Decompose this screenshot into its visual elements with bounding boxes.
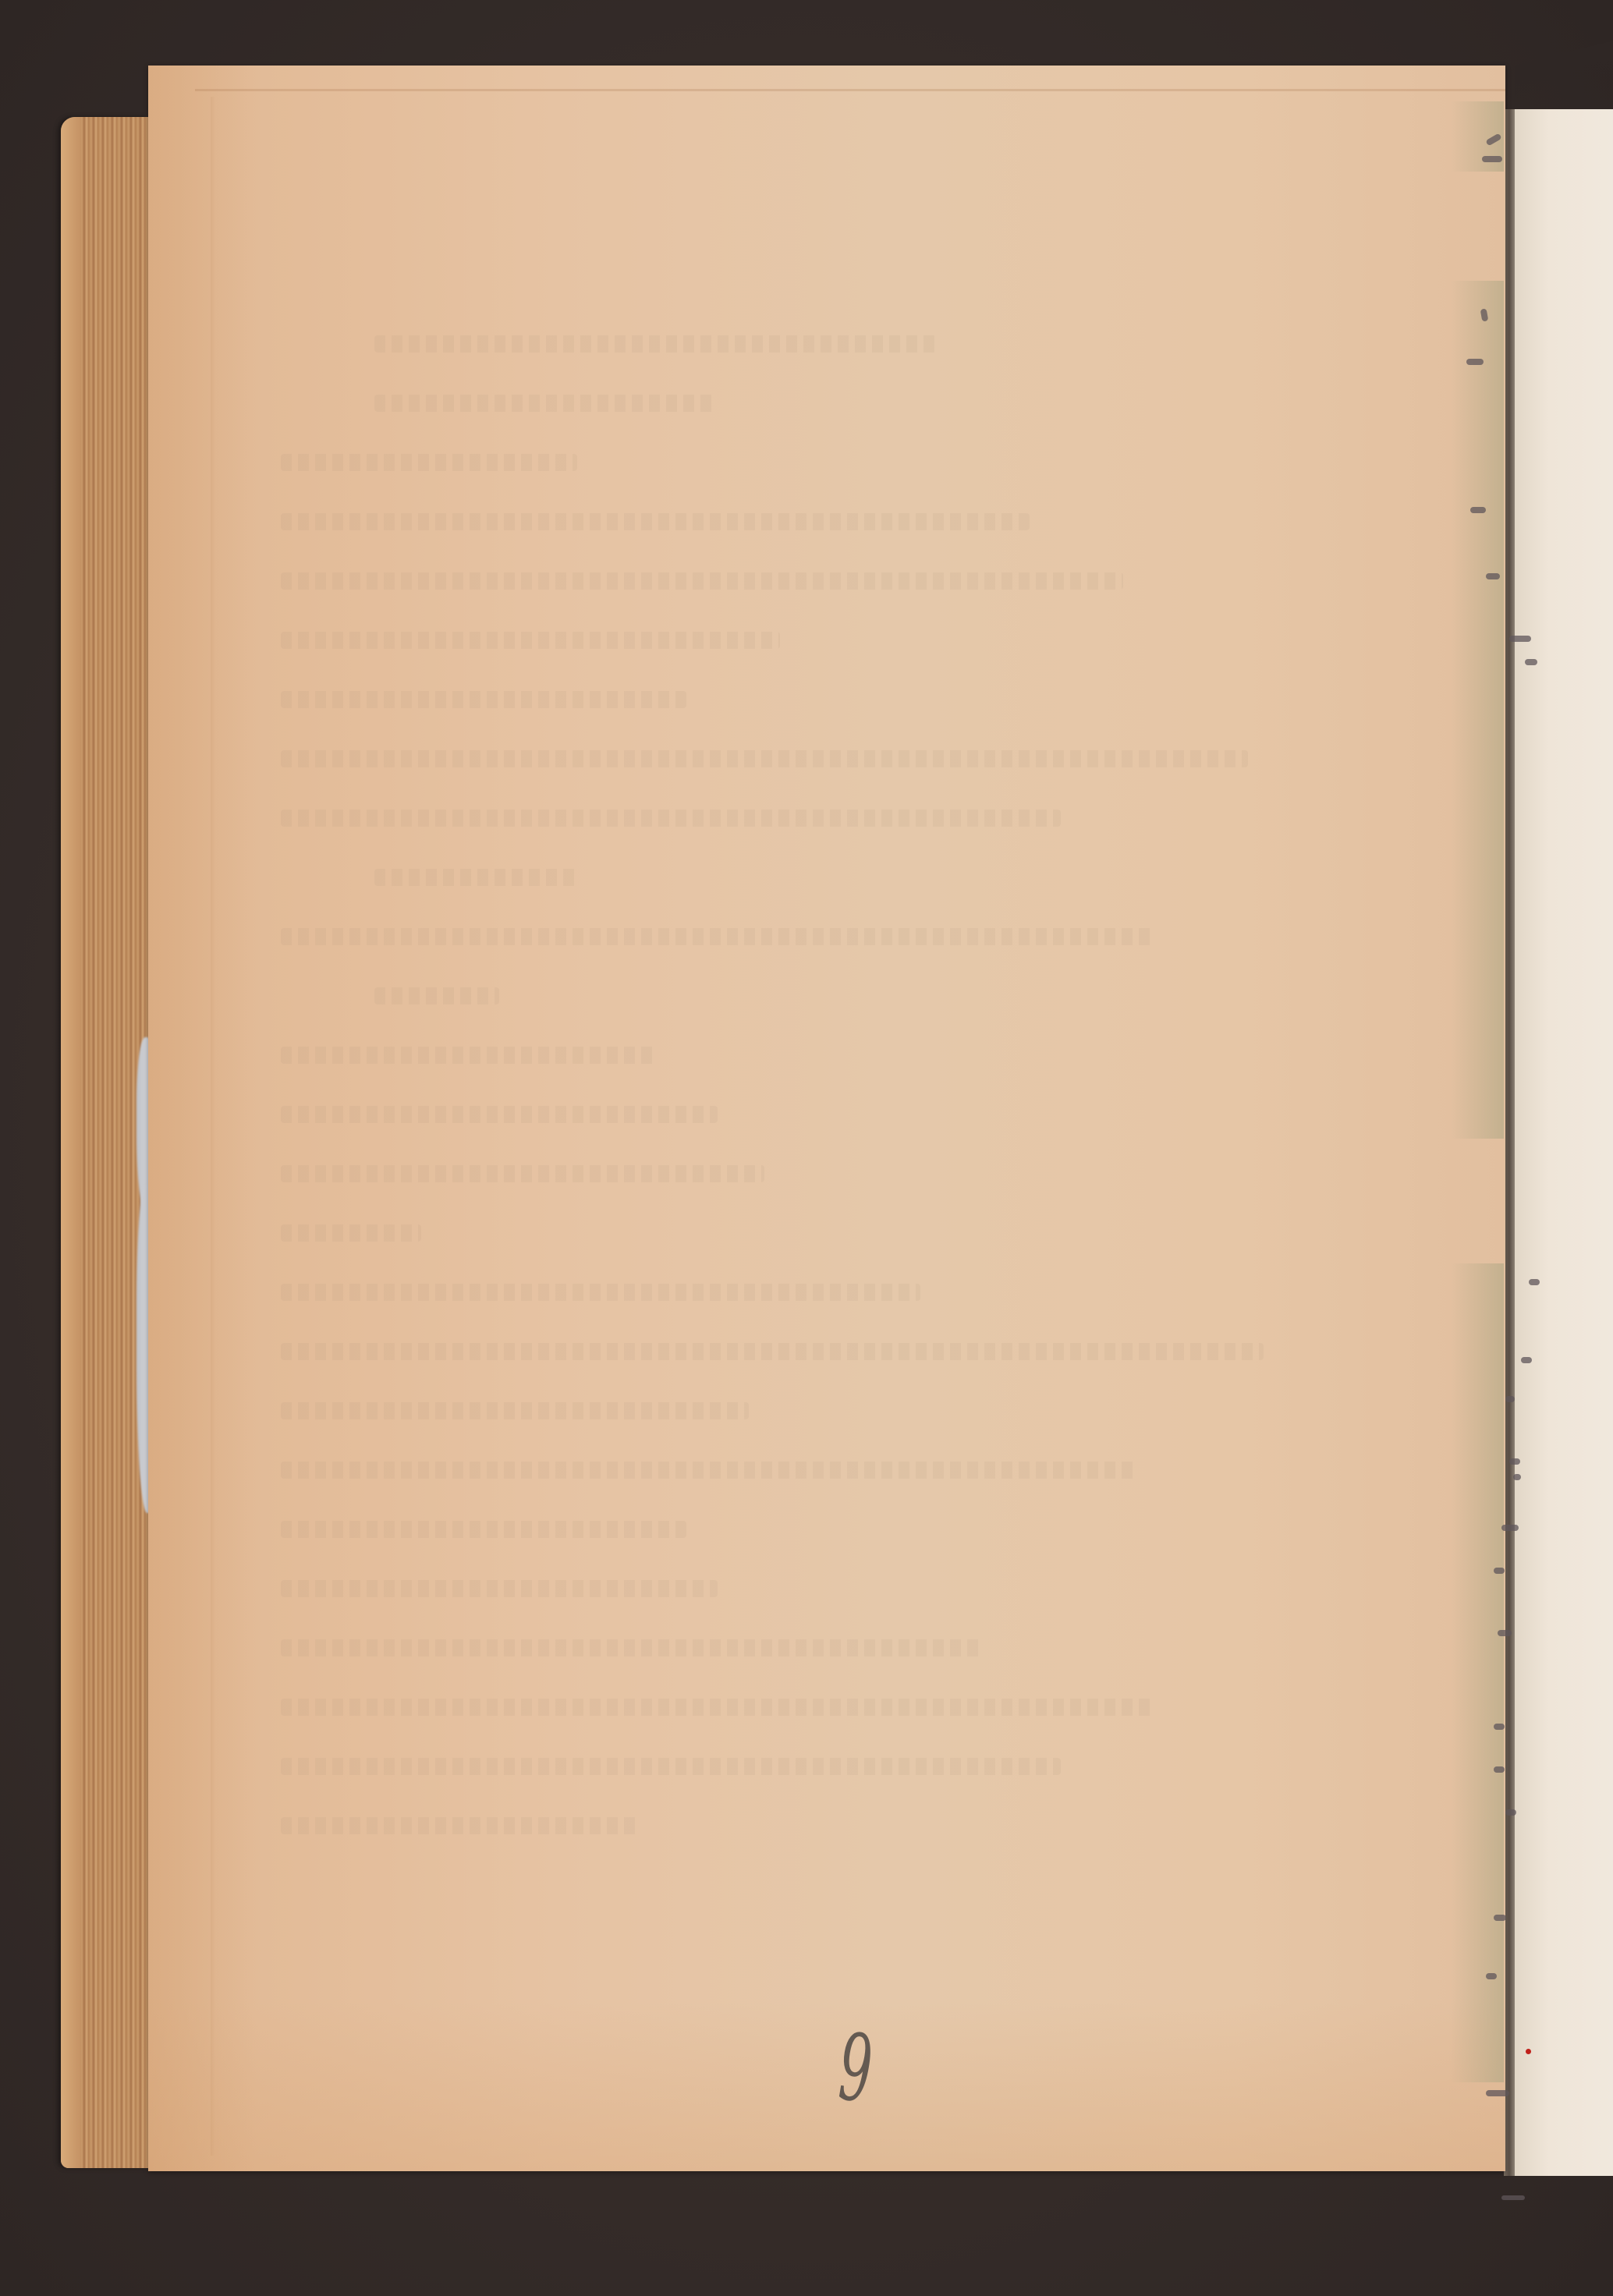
ghost-text-line	[281, 1699, 1154, 1716]
ghost-text-line	[374, 987, 499, 1004]
ghost-text-line	[281, 691, 686, 708]
ink-mark	[1486, 573, 1500, 579]
ink-mark	[1494, 1766, 1505, 1773]
edge-residue	[1451, 1263, 1504, 2082]
ink-mark	[1505, 1809, 1516, 1816]
ink-mark	[1525, 659, 1537, 665]
edge-residue	[1451, 281, 1504, 1139]
ghost-text-line	[281, 1343, 1264, 1360]
ghost-text-line	[281, 1639, 983, 1656]
ghost-text-line	[281, 513, 1030, 530]
ghost-text-line	[281, 1165, 764, 1182]
ink-mark	[1501, 1525, 1519, 1531]
handwritten-page-number: 9	[836, 2012, 875, 2126]
ink-mark	[1494, 1915, 1506, 1921]
ghost-text-line	[281, 810, 1061, 827]
page-top-edge	[195, 89, 1505, 91]
ink-mark	[1482, 156, 1502, 162]
ink-mark	[1486, 1973, 1497, 1979]
facing-page-strip	[1515, 109, 1613, 2176]
ghost-text-line	[281, 1106, 718, 1123]
ghost-text-line	[281, 1402, 749, 1419]
ink-mark	[1509, 636, 1531, 642]
ghost-text-line	[281, 1521, 686, 1538]
ink-mark	[1470, 507, 1486, 513]
ink-mark	[1498, 1630, 1512, 1636]
ghost-text-line	[281, 1580, 718, 1597]
ghost-text-line	[281, 572, 1123, 590]
ghost-text-line	[281, 454, 577, 471]
ink-mark	[1529, 1279, 1540, 1285]
ink-mark	[1494, 1568, 1505, 1574]
ink-mark	[1494, 1724, 1505, 1730]
ghost-text-line	[281, 1758, 1061, 1775]
show-through-text	[281, 335, 1373, 1876]
ghost-text-line	[281, 928, 1154, 945]
ghost-text-line	[281, 750, 1248, 767]
ghost-text-line	[374, 335, 936, 353]
ghost-text-line	[281, 1462, 1139, 1479]
page-fold	[211, 97, 215, 2156]
ghost-text-line	[281, 1817, 640, 1834]
book-gutter	[1504, 109, 1515, 2176]
ink-mark	[1501, 2195, 1525, 2200]
ink-mark	[1486, 2090, 1509, 2096]
ghost-text-line	[374, 395, 718, 412]
ink-mark	[1466, 359, 1484, 365]
ink-mark	[1521, 1357, 1532, 1363]
book-page-edges	[61, 117, 148, 2168]
ghost-text-line	[281, 1047, 655, 1064]
ink-mark	[1509, 1458, 1520, 1465]
ghost-text-line	[281, 1224, 421, 1242]
ghost-text-line	[281, 632, 780, 649]
ink-mark	[1505, 1396, 1515, 1402]
ghost-text-line	[281, 1284, 920, 1301]
red-speck	[1526, 2049, 1531, 2054]
ghost-text-line	[374, 869, 577, 886]
ink-mark	[1513, 1474, 1521, 1480]
